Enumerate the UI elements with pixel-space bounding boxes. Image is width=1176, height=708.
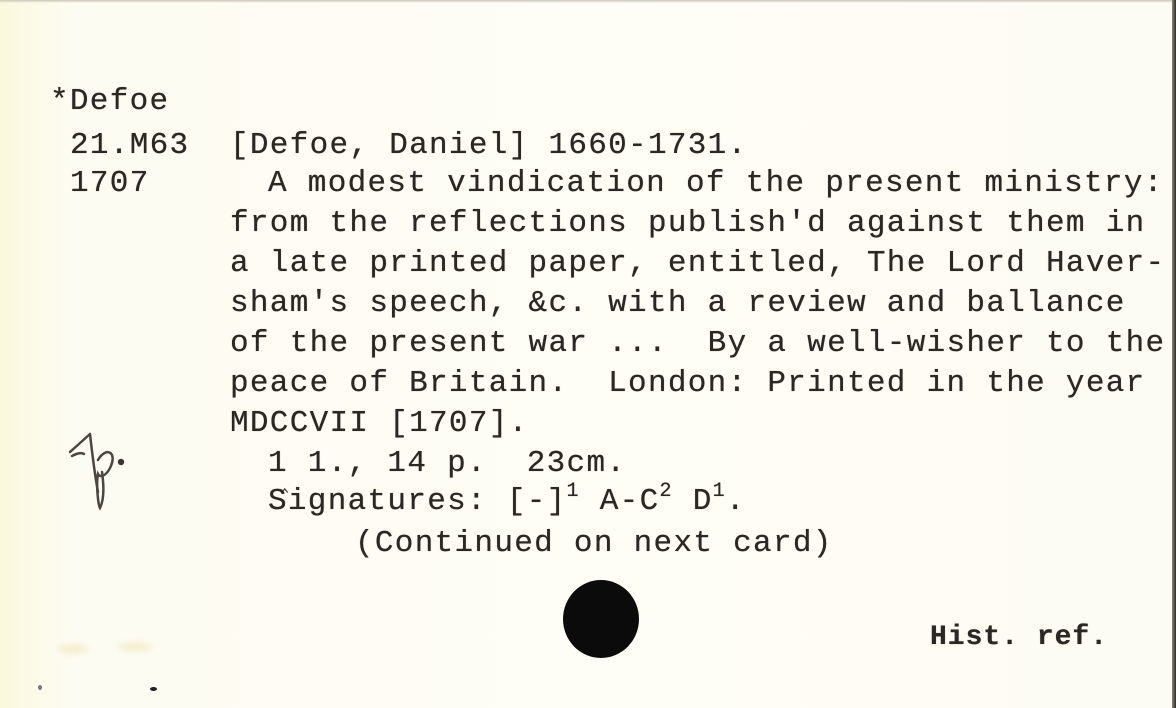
card-punch-hole	[563, 580, 639, 658]
card-right-edge	[1172, 0, 1176, 708]
stain-mark	[58, 644, 88, 654]
title-line-7: MDCCVII [1707].	[230, 406, 529, 442]
call-number-year: 1707	[70, 166, 150, 202]
handwritten-initials-mark	[62, 432, 162, 522]
call-number-prefix: *Defoe	[50, 84, 169, 120]
ink-speck	[150, 687, 157, 691]
title-line-2: from the reflections publish'd against t…	[230, 206, 1146, 242]
signatures-end: .	[726, 484, 746, 519]
author-heading: [Defoe, Daniel] 1660-1731.	[230, 128, 747, 164]
catalog-card: *Defoe 21.M63 1707 [Defoe, Daniel] 1660-…	[0, 0, 1176, 708]
signatures-label: Signatures: [-]	[268, 484, 567, 519]
signatures-sup-1: 1	[567, 480, 580, 503]
title-line-6: peace of Britain. London: Printed in the…	[230, 366, 1146, 402]
signatures-note: Signatures: [-]1 A-C2 D1.	[268, 484, 746, 520]
ink-speck	[38, 685, 42, 690]
stain-mark	[118, 642, 152, 652]
title-line-1: A modest vindication of the present mini…	[268, 166, 1164, 202]
continued-note: (Continued on next card)	[355, 526, 833, 562]
title-line-4: sham's speech, &c. with a review and bal…	[230, 286, 1126, 322]
signatures-mid: A-C	[580, 484, 660, 519]
reference-location-note: Hist. ref.	[930, 620, 1108, 656]
title-line-5: of the present war ... By a well-wisher …	[230, 326, 1165, 362]
title-line-3: a late printed paper, entitled, The Lord…	[230, 246, 1165, 282]
signatures-mid-2: D	[673, 484, 713, 519]
call-number-class: 21.M63	[70, 128, 189, 164]
card-top-edge	[0, 0, 1176, 3]
signatures-sup-3: 1	[713, 480, 726, 503]
collation: 1 1., 14 p. 23cm.	[268, 446, 626, 482]
signatures-sup-2: 2	[659, 480, 672, 503]
